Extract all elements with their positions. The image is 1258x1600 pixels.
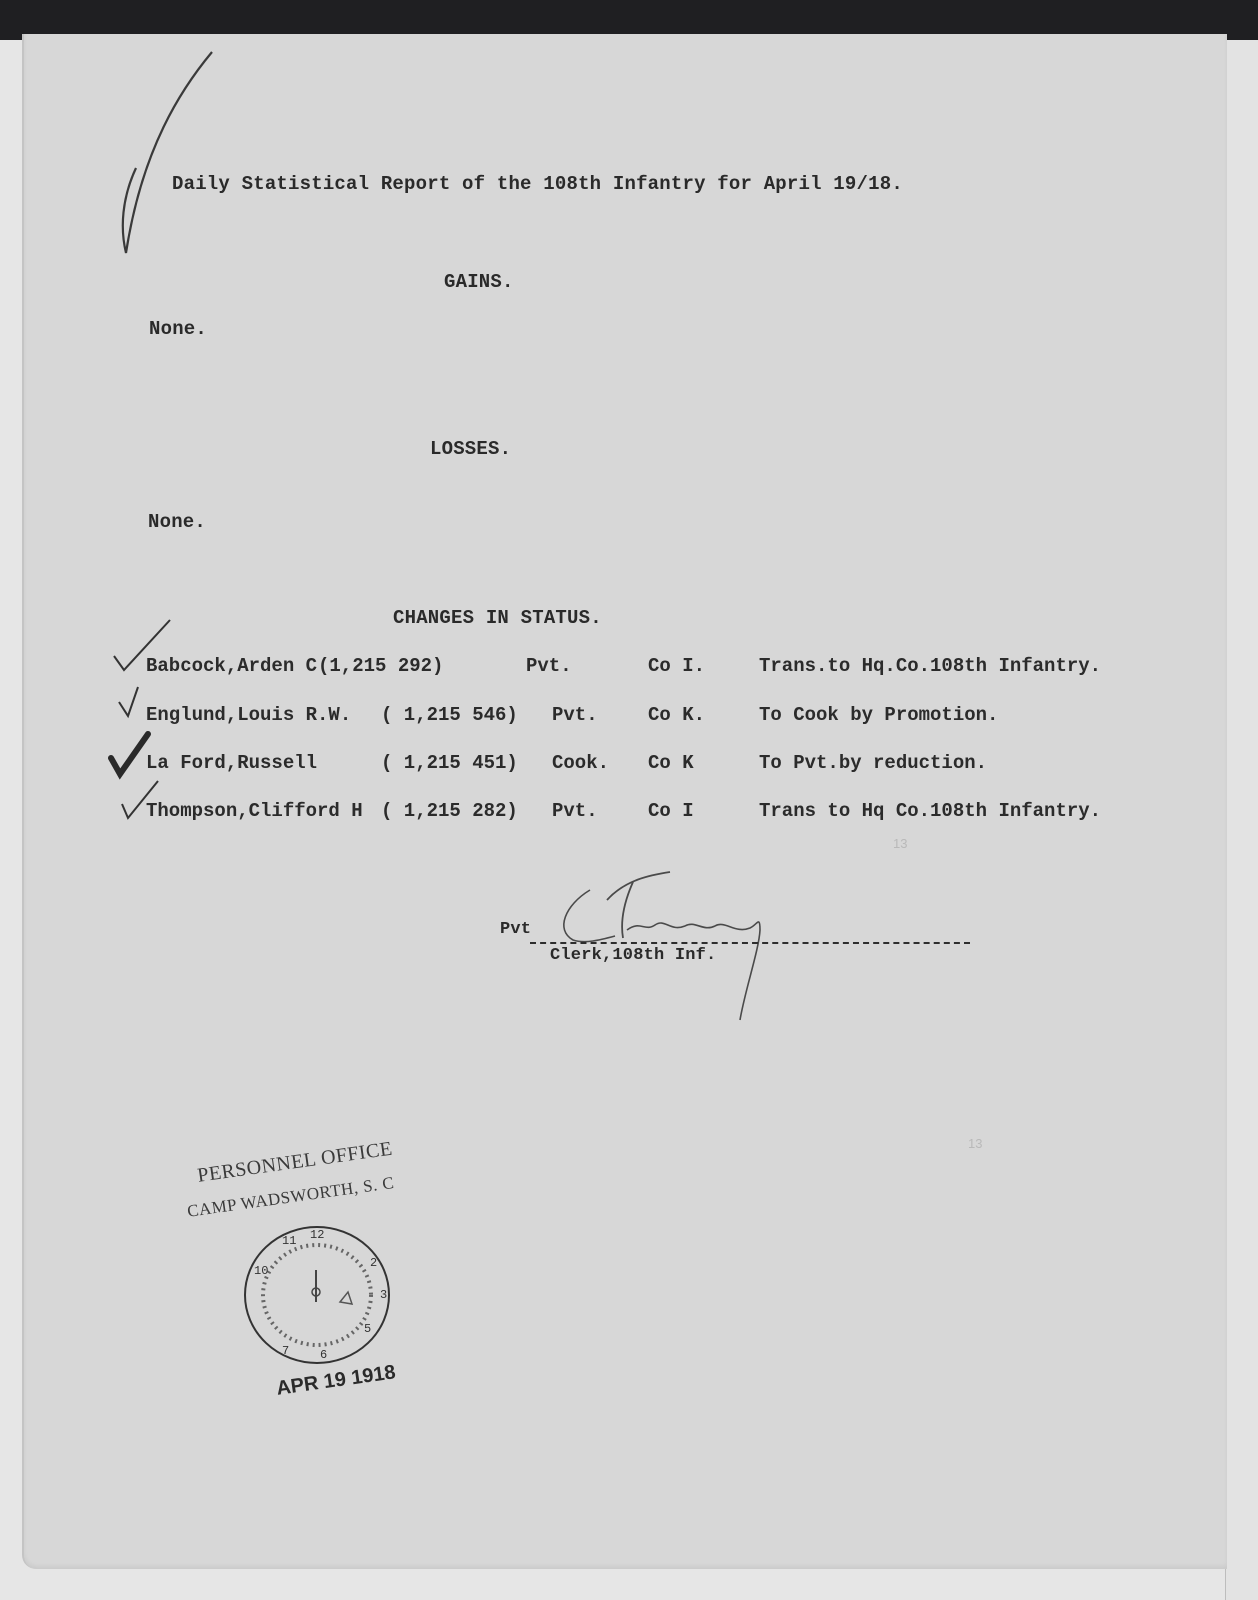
signature-line	[530, 942, 970, 944]
row-company: Co I	[648, 800, 694, 822]
row-rank: Pvt.	[526, 655, 572, 677]
svg-text:12: 12	[310, 1228, 324, 1242]
row-name: La Ford,Russell	[146, 752, 317, 774]
scanner-right-edge	[1225, 40, 1258, 1600]
row-company: Co I.	[648, 655, 705, 677]
margin-mark: 13	[893, 836, 907, 851]
svg-text:6: 6	[320, 1348, 327, 1362]
row-name: Thompson,Clifford H	[146, 800, 363, 822]
row-change: Trans.to Hq.Co.108th Infantry.	[759, 655, 1101, 677]
row-rank: Pvt.	[552, 704, 598, 726]
svg-text:10: 10	[254, 1264, 268, 1278]
svg-text:11: 11	[282, 1234, 296, 1248]
svg-text:3: 3	[380, 1288, 387, 1302]
report-title: Daily Statistical Report of the 108th In…	[172, 173, 903, 195]
row-serial: ( 1,215 546)	[381, 704, 518, 726]
row-serial: (1,215 292)	[318, 655, 443, 677]
row-change: Trans to Hq Co.108th Infantry.	[759, 800, 1101, 822]
row-company: Co K.	[648, 704, 705, 726]
row-change: To Cook by Promotion.	[759, 704, 998, 726]
signature-rank: Pvt	[500, 920, 531, 939]
losses-heading: LOSSES.	[430, 438, 511, 460]
row-company: Co K	[648, 752, 694, 774]
svg-text:2: 2	[370, 1256, 377, 1270]
signature-title: Clerk,108th Inf.	[550, 946, 716, 965]
svg-text:5: 5	[364, 1322, 371, 1336]
clock-stamp-icon: 12 2 3 10 11 5 6 7	[240, 1222, 394, 1368]
gains-body: None.	[149, 318, 207, 340]
row-name: Babcock,Arden C	[146, 655, 317, 677]
changes-heading: CHANGES IN STATUS.	[393, 607, 602, 629]
row-serial: ( 1,215 282)	[381, 800, 518, 822]
row-rank: Pvt.	[552, 800, 598, 822]
losses-body: None.	[148, 511, 206, 533]
large-check-mark-icon	[112, 48, 222, 268]
row-rank: Cook.	[552, 752, 609, 774]
svg-text:7: 7	[282, 1344, 289, 1358]
row-name: Englund,Louis R.W.	[146, 704, 351, 726]
gains-heading: GAINS.	[444, 271, 514, 293]
margin-mark: 13	[968, 1136, 982, 1151]
row-serial: ( 1,215 451)	[381, 752, 518, 774]
row-change: To Pvt.by reduction.	[759, 752, 987, 774]
